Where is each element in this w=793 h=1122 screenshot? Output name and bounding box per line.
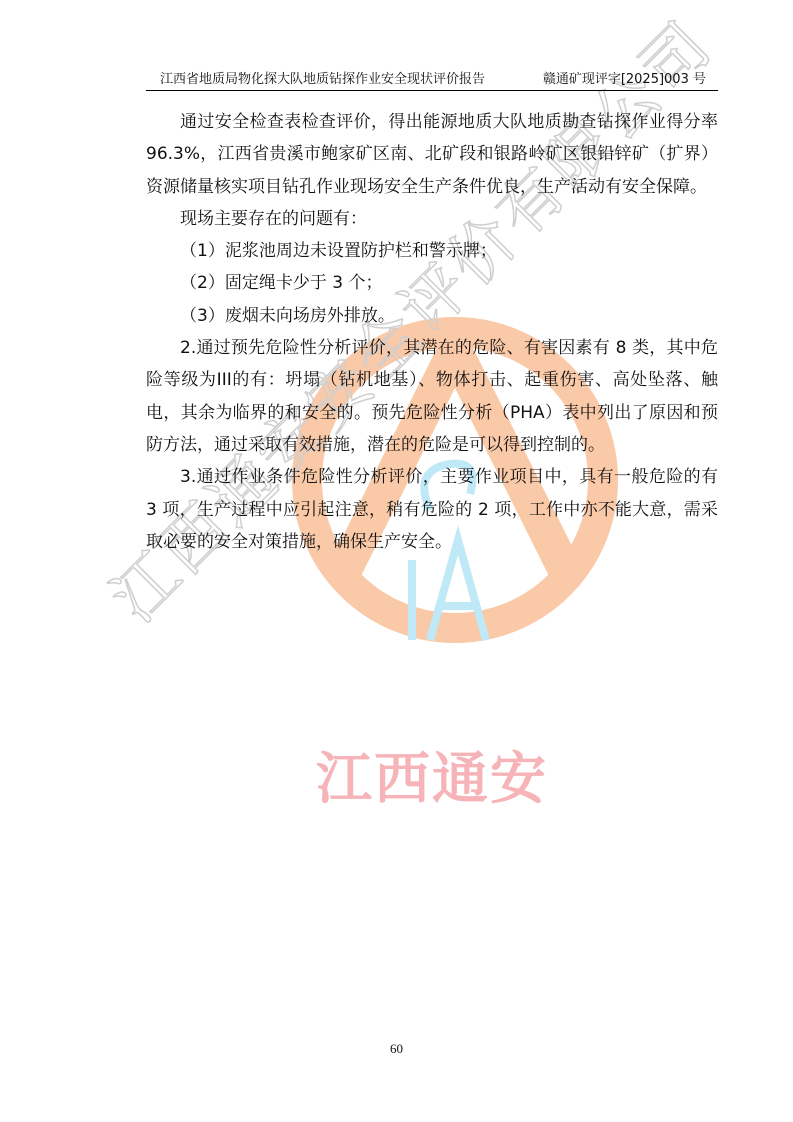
paragraph-safety-checklist: 通过安全检查表检查评价，得出能源地质大队地质勘查钻探作业得分率 96.3%，江西… <box>146 106 718 203</box>
body-content: 通过安全检查表检查评价，得出能源地质大队地质勘查钻探作业得分率 96.3%，江西… <box>146 106 718 558</box>
page-number: 60 <box>0 1041 793 1057</box>
document-page: 江西通安安全评价有限公司 江西通安 江西省地质局物化探大队地质钻探作业安全现状评… <box>0 0 793 1122</box>
issue-item: （3）废烟未向场房外排放。 <box>146 300 718 332</box>
report-title: 江西省地质局物化探大队地质钻探作业安全现状评价报告 <box>160 68 485 87</box>
paragraph-pha: 2.通过预先危险性分析评价，其潜在的危险、有害因素有 8 类，其中危险等级为II… <box>146 332 718 461</box>
issue-item: （1）泥浆池周边未设置防护栏和警示牌； <box>146 235 718 267</box>
page-header: 江西省地质局物化探大队地质钻探作业安全现状评价报告 赣通矿现评字[2025]00… <box>146 68 718 91</box>
stamp-watermark-text: 江西通安 <box>316 735 548 815</box>
document-number: 赣通矿现评字[2025]003 号 <box>543 68 706 87</box>
issues-intro: 现场主要存在的问题有： <box>146 203 718 235</box>
paragraph-lec: 3.通过作业条件危险性分析评价，主要作业项目中，具有一般危险的有 3 项，生产过… <box>146 461 718 558</box>
issue-item: （2）固定绳卡少于 3 个； <box>146 267 718 299</box>
